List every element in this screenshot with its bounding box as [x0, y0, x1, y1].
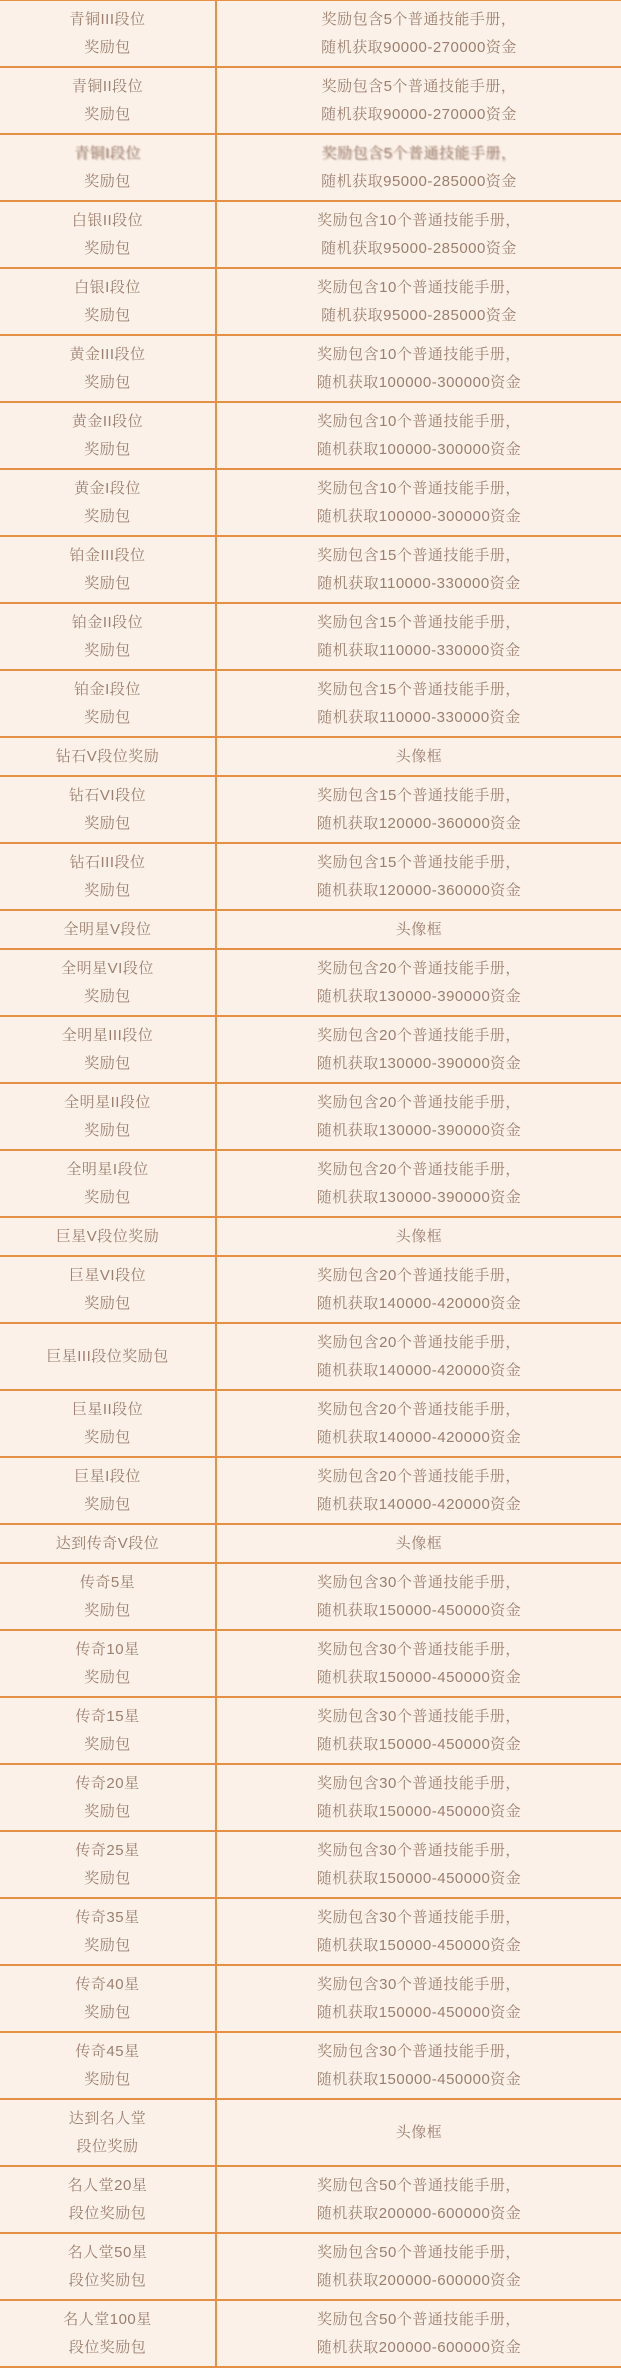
rank-label: 传奇20星 — [75, 1775, 139, 1792]
reward-text: 随机获取150000-450000资金 — [317, 1736, 522, 1753]
rank-label: 全明星III段位 — [62, 1027, 154, 1044]
rank-label: 奖励包 — [84, 1189, 131, 1206]
rank-cell: 钻石III段位奖励包 — [0, 844, 217, 909]
rank-label: 白银I段位 — [74, 279, 141, 296]
table-row: 钻石VI段位奖励包 奖励包含15个普通技能手册，随机获取120000-36000… — [0, 777, 621, 844]
reward-text: 奖励包含20个普通技能手册， — [317, 1267, 521, 1284]
reward-text: 随机获取100000-300000资金 — [317, 374, 522, 391]
reward-text: 随机获取140000-420000资金 — [317, 1362, 522, 1379]
rank-cell: 巨星III段位奖励包 — [0, 1324, 217, 1389]
reward-cell: 奖励包含10个普通技能手册，随机获取95000-285000资金 — [217, 269, 621, 334]
reward-text: 随机获取150000-450000资金 — [317, 2071, 522, 2088]
rank-label: 传奇40星 — [75, 1976, 139, 1993]
rank-label: 奖励包 — [84, 374, 131, 391]
table-row: 白银I段位奖励包 奖励包含10个普通技能手册，随机获取95000-285000资… — [0, 269, 621, 336]
rank-reward-table: 青铜III段位奖励包 奖励包含5个普通技能手册，随机获取90000-270000… — [0, 0, 621, 2368]
reward-text: 奖励包含15个普通技能手册， — [317, 787, 521, 804]
reward-text: 奖励包含15个普通技能手册， — [317, 614, 521, 631]
rank-label: 奖励包 — [84, 1295, 131, 1312]
reward-text: 头像框 — [396, 748, 443, 765]
reward-text: 头像框 — [396, 1535, 443, 1552]
reward-cell: 奖励包含15个普通技能手册，随机获取120000-360000资金 — [217, 777, 621, 842]
rank-cell: 全明星II段位奖励包 — [0, 1084, 217, 1149]
rank-label: 奖励包 — [84, 575, 131, 592]
table-row: 传奇40星奖励包 奖励包含30个普通技能手册，随机获取150000-450000… — [0, 1966, 621, 2033]
reward-text: 奖励包含10个普通技能手册， — [317, 480, 521, 497]
reward-cell: 头像框 — [217, 2100, 621, 2165]
table-row: 铂金II段位奖励包 奖励包含15个普通技能手册，随机获取110000-33000… — [0, 604, 621, 671]
reward-text: 奖励包含10个普通技能手册， — [317, 279, 521, 296]
reward-cell: 奖励包含30个普通技能手册，随机获取150000-450000资金 — [217, 1765, 621, 1830]
table-row: 全明星I段位奖励包 奖励包含20个普通技能手册，随机获取130000-39000… — [0, 1151, 621, 1218]
reward-text: 随机获取200000-600000资金 — [317, 2272, 522, 2289]
reward-cell: 奖励包含15个普通技能手册，随机获取110000-330000资金 — [217, 537, 621, 602]
reward-cell: 奖励包含5个普通技能手册，随机获取90000-270000资金 — [217, 68, 621, 133]
rank-label: 巨星II段位 — [72, 1401, 143, 1418]
reward-cell: 奖励包含50个普通技能手册，随机获取200000-600000资金 — [217, 2234, 621, 2299]
rank-cell: 传奇15星奖励包 — [0, 1698, 217, 1763]
table-row: 青铜III段位奖励包 奖励包含5个普通技能手册，随机获取90000-270000… — [0, 1, 621, 68]
rank-label: 名人堂50星 — [68, 2244, 148, 2261]
rank-cell: 传奇40星奖励包 — [0, 1966, 217, 2031]
table-row: 全明星II段位奖励包 奖励包含20个普通技能手册，随机获取130000-3900… — [0, 1084, 621, 1151]
reward-cell: 奖励包含30个普通技能手册，随机获取150000-450000资金 — [217, 1698, 621, 1763]
rank-label: 钻石III段位 — [69, 854, 145, 871]
rank-label: 青铜I段位 — [74, 145, 141, 162]
reward-text: 随机获取95000-285000资金 — [321, 307, 517, 324]
rank-label: 全明星I段位 — [66, 1161, 148, 1178]
reward-text: 随机获取200000-600000资金 — [317, 2205, 522, 2222]
reward-text: 奖励包含30个普通技能手册， — [317, 2043, 521, 2060]
rank-cell: 青铜III段位奖励包 — [0, 1, 217, 66]
reward-cell: 奖励包含20个普通技能手册，随机获取130000-390000资金 — [217, 1017, 621, 1082]
rank-cell: 巨星V段位奖励 — [0, 1218, 217, 1255]
rank-cell: 名人堂20星段位奖励包 — [0, 2167, 217, 2232]
rank-label: 奖励包 — [84, 1803, 131, 1820]
reward-text: 随机获取140000-420000资金 — [317, 1429, 522, 1446]
rank-cell: 钻石VI段位奖励包 — [0, 777, 217, 842]
rank-label: 段位奖励包 — [69, 2205, 147, 2222]
reward-cell: 头像框 — [217, 738, 621, 775]
rank-cell: 传奇10星奖励包 — [0, 1631, 217, 1696]
rank-label: 传奇45星 — [75, 2043, 139, 2060]
reward-text: 奖励包含20个普通技能手册， — [317, 1468, 521, 1485]
table-row: 铂金III段位奖励包 奖励包含15个普通技能手册，随机获取110000-3300… — [0, 537, 621, 604]
rank-label: 奖励包 — [84, 2071, 131, 2088]
reward-text: 随机获取130000-390000资金 — [317, 988, 522, 1005]
table-row: 黄金II段位奖励包 奖励包含10个普通技能手册，随机获取100000-30000… — [0, 403, 621, 470]
rank-cell: 巨星VI段位奖励包 — [0, 1257, 217, 1322]
reward-cell: 奖励包含10个普通技能手册，随机获取100000-300000资金 — [217, 336, 621, 401]
rank-label: 传奇35星 — [75, 1909, 139, 1926]
reward-text: 随机获取110000-330000资金 — [317, 642, 521, 659]
rank-label: 全明星II段位 — [64, 1094, 151, 1111]
reward-text: 随机获取150000-450000资金 — [317, 1870, 522, 1887]
rank-cell: 黄金III段位奖励包 — [0, 336, 217, 401]
reward-text: 奖励包含10个普通技能手册， — [317, 212, 521, 229]
rank-label: 钻石V段位奖励 — [56, 748, 160, 765]
rank-label: 奖励包 — [84, 642, 131, 659]
rank-label: 传奇15星 — [75, 1708, 139, 1725]
reward-text: 奖励包含15个普通技能手册， — [317, 547, 521, 564]
reward-cell: 奖励包含15个普通技能手册，随机获取110000-330000资金 — [217, 604, 621, 669]
reward-text: 奖励包含15个普通技能手册， — [317, 681, 521, 698]
rank-label: 巨星VI段位 — [69, 1267, 146, 1284]
rank-cell: 全明星V段位 — [0, 911, 217, 948]
reward-text: 奖励包含50个普通技能手册， — [317, 2244, 521, 2261]
rank-label: 巨星I段位 — [74, 1468, 141, 1485]
reward-text: 随机获取150000-450000资金 — [317, 1803, 522, 1820]
rank-label: 名人堂100星 — [63, 2311, 152, 2328]
table-row: 巨星VI段位奖励包 奖励包含20个普通技能手册，随机获取140000-42000… — [0, 1257, 621, 1324]
rank-cell: 巨星II段位奖励包 — [0, 1391, 217, 1456]
rank-label: 名人堂20星 — [68, 2177, 148, 2194]
rank-cell: 铂金III段位奖励包 — [0, 537, 217, 602]
reward-text: 奖励包含30个普通技能手册， — [317, 1641, 521, 1658]
reward-text: 奖励包含30个普通技能手册， — [317, 1708, 521, 1725]
reward-text: 奖励包含20个普通技能手册， — [317, 1401, 521, 1418]
reward-cell: 奖励包含10个普通技能手册，随机获取95000-285000资金 — [217, 202, 621, 267]
rank-cell: 传奇25星奖励包 — [0, 1832, 217, 1897]
rank-cell: 黄金II段位奖励包 — [0, 403, 217, 468]
reward-text: 随机获取150000-450000资金 — [317, 1937, 522, 1954]
reward-text: 随机获取95000-285000资金 — [321, 240, 517, 257]
table-row: 名人堂100星段位奖励包 奖励包含50个普通技能手册，随机获取200000-60… — [0, 2301, 621, 2368]
reward-text: 奖励包含5个普通技能手册， — [322, 11, 517, 28]
rank-cell: 名人堂50星段位奖励包 — [0, 2234, 217, 2299]
reward-text: 奖励包含20个普通技能手册， — [317, 1334, 521, 1351]
table-row: 青铜I段位奖励包 奖励包含5个普通技能手册，随机获取95000-285000资金 — [0, 135, 621, 202]
rank-cell: 青铜II段位奖励包 — [0, 68, 217, 133]
reward-text: 奖励包含10个普通技能手册， — [317, 413, 521, 430]
rank-label: 黄金III段位 — [69, 346, 145, 363]
table-row: 全明星V段位 头像框 — [0, 911, 621, 950]
rank-label: 传奇5星 — [80, 1574, 135, 1591]
table-row: 钻石V段位奖励 头像框 — [0, 738, 621, 777]
reward-text: 奖励包含20个普通技能手册， — [317, 960, 521, 977]
reward-text: 头像框 — [396, 921, 443, 938]
reward-cell: 奖励包含50个普通技能手册，随机获取200000-600000资金 — [217, 2167, 621, 2232]
rank-label: 奖励包 — [84, 1937, 131, 1954]
reward-text: 奖励包含5个普通技能手册， — [322, 145, 517, 162]
reward-text: 奖励包含30个普通技能手册， — [317, 1775, 521, 1792]
reward-text: 随机获取110000-330000资金 — [317, 709, 521, 726]
rank-label: 奖励包 — [84, 882, 131, 899]
reward-cell: 奖励包含15个普通技能手册，随机获取120000-360000资金 — [217, 844, 621, 909]
rank-label: 青铜III段位 — [69, 11, 145, 28]
rank-cell: 巨星I段位奖励包 — [0, 1458, 217, 1523]
reward-text: 奖励包含20个普通技能手册， — [317, 1094, 521, 1111]
table-row: 青铜II段位奖励包 奖励包含5个普通技能手册，随机获取90000-270000资… — [0, 68, 621, 135]
reward-text: 奖励包含30个普通技能手册， — [317, 1842, 521, 1859]
reward-text: 奖励包含30个普通技能手册， — [317, 1909, 521, 1926]
reward-cell: 奖励包含10个普通技能手册，随机获取100000-300000资金 — [217, 470, 621, 535]
reward-cell: 头像框 — [217, 911, 621, 948]
reward-text: 随机获取150000-450000资金 — [317, 2004, 522, 2021]
table-row: 名人堂20星段位奖励包 奖励包含50个普通技能手册，随机获取200000-600… — [0, 2167, 621, 2234]
reward-text: 随机获取120000-360000资金 — [317, 815, 522, 832]
table-row: 黄金III段位奖励包 奖励包含10个普通技能手册，随机获取100000-3000… — [0, 336, 621, 403]
table-row: 钻石III段位奖励包 奖励包含15个普通技能手册，随机获取120000-3600… — [0, 844, 621, 911]
reward-text: 奖励包含15个普通技能手册， — [317, 854, 521, 871]
rank-label: 奖励包 — [84, 1602, 131, 1619]
reward-text: 随机获取120000-360000资金 — [317, 882, 522, 899]
rank-label: 黄金I段位 — [74, 480, 141, 497]
table-row: 传奇10星奖励包 奖励包含30个普通技能手册，随机获取150000-450000… — [0, 1631, 621, 1698]
reward-text: 随机获取130000-390000资金 — [317, 1122, 522, 1139]
reward-text: 头像框 — [396, 2124, 443, 2141]
table-row: 全明星VI段位奖励包 奖励包含20个普通技能手册，随机获取130000-3900… — [0, 950, 621, 1017]
rank-label: 奖励包 — [84, 1669, 131, 1686]
reward-cell: 奖励包含5个普通技能手册，随机获取95000-285000资金 — [217, 135, 621, 200]
reward-text: 随机获取140000-420000资金 — [317, 1496, 522, 1513]
rank-label: 青铜II段位 — [72, 78, 143, 95]
rank-label: 段位奖励包 — [69, 2272, 147, 2289]
rank-cell: 名人堂100星段位奖励包 — [0, 2301, 217, 2366]
reward-cell: 奖励包含20个普通技能手册，随机获取140000-420000资金 — [217, 1391, 621, 1456]
reward-cell: 奖励包含30个普通技能手册，随机获取150000-450000资金 — [217, 1899, 621, 1964]
reward-cell: 奖励包含20个普通技能手册，随机获取130000-390000资金 — [217, 1084, 621, 1149]
rank-label: 达到名人堂 — [69, 2110, 147, 2127]
rank-cell: 传奇5星奖励包 — [0, 1564, 217, 1629]
rank-label: 铂金I段位 — [74, 681, 141, 698]
table-row: 传奇35星奖励包 奖励包含30个普通技能手册，随机获取150000-450000… — [0, 1899, 621, 1966]
table-row: 全明星III段位奖励包 奖励包含20个普通技能手册，随机获取130000-390… — [0, 1017, 621, 1084]
rank-cell: 青铜I段位奖励包 — [0, 135, 217, 200]
rank-label: 传奇25星 — [75, 1842, 139, 1859]
table-row: 传奇25星奖励包 奖励包含30个普通技能手册，随机获取150000-450000… — [0, 1832, 621, 1899]
reward-text: 随机获取150000-450000资金 — [317, 1669, 522, 1686]
reward-text: 随机获取110000-330000资金 — [317, 575, 521, 592]
rank-label: 奖励包 — [84, 39, 131, 56]
reward-text: 奖励包含50个普通技能手册， — [317, 2177, 521, 2194]
rank-label: 铂金II段位 — [72, 614, 143, 631]
rank-cell: 全明星III段位奖励包 — [0, 1017, 217, 1082]
reward-cell: 奖励包含10个普通技能手册，随机获取100000-300000资金 — [217, 403, 621, 468]
rank-label: 全明星VI段位 — [61, 960, 154, 977]
reward-text: 随机获取150000-450000资金 — [317, 1602, 522, 1619]
rank-label: 奖励包 — [84, 307, 131, 324]
reward-text: 奖励包含10个普通技能手册， — [317, 346, 521, 363]
reward-cell: 奖励包含30个普通技能手册，随机获取150000-450000资金 — [217, 1631, 621, 1696]
reward-cell: 头像框 — [217, 1218, 621, 1255]
rank-label: 奖励包 — [84, 1736, 131, 1753]
reward-cell: 头像框 — [217, 1525, 621, 1562]
table-row: 达到名人堂段位奖励 头像框 — [0, 2100, 621, 2167]
reward-cell: 奖励包含20个普通技能手册，随机获取140000-420000资金 — [217, 1257, 621, 1322]
reward-cell: 奖励包含20个普通技能手册，随机获取130000-390000资金 — [217, 950, 621, 1015]
reward-text: 头像框 — [396, 1228, 443, 1245]
rank-cell: 达到名人堂段位奖励 — [0, 2100, 217, 2165]
rank-cell: 达到传奇V段位 — [0, 1525, 217, 1562]
rank-cell: 白银II段位奖励包 — [0, 202, 217, 267]
reward-text: 随机获取90000-270000资金 — [321, 106, 517, 123]
rank-label: 奖励包 — [84, 1122, 131, 1139]
rank-cell: 钻石V段位奖励 — [0, 738, 217, 775]
rank-label: 奖励包 — [84, 709, 131, 726]
table-row: 巨星II段位奖励包 奖励包含20个普通技能手册，随机获取140000-42000… — [0, 1391, 621, 1458]
rank-label: 钻石VI段位 — [69, 787, 146, 804]
rank-cell: 白银I段位奖励包 — [0, 269, 217, 334]
table-row: 巨星V段位奖励 头像框 — [0, 1218, 621, 1257]
reward-text: 奖励包含20个普通技能手册， — [317, 1161, 521, 1178]
rank-label: 奖励包 — [84, 1055, 131, 1072]
rank-label: 奖励包 — [84, 240, 131, 257]
reward-cell: 奖励包含20个普通技能手册，随机获取140000-420000资金 — [217, 1324, 621, 1389]
reward-cell: 奖励包含50个普通技能手册，随机获取200000-600000资金 — [217, 2301, 621, 2366]
rank-label: 段位奖励包 — [69, 2339, 147, 2356]
rank-label: 奖励包 — [84, 106, 131, 123]
table-row: 传奇45星奖励包 奖励包含30个普通技能手册，随机获取150000-450000… — [0, 2033, 621, 2100]
reward-cell: 奖励包含30个普通技能手册，随机获取150000-450000资金 — [217, 1564, 621, 1629]
reward-text: 随机获取130000-390000资金 — [317, 1055, 522, 1072]
rank-label: 奖励包 — [84, 1496, 131, 1513]
reward-text: 随机获取90000-270000资金 — [321, 39, 517, 56]
reward-cell: 奖励包含20个普通技能手册，随机获取140000-420000资金 — [217, 1458, 621, 1523]
rank-label: 全明星V段位 — [63, 921, 151, 938]
rank-cell: 全明星VI段位奖励包 — [0, 950, 217, 1015]
rank-label: 奖励包 — [84, 815, 131, 832]
reward-text: 随机获取130000-390000资金 — [317, 1189, 522, 1206]
reward-text: 随机获取100000-300000资金 — [317, 441, 522, 458]
table-row: 黄金I段位奖励包 奖励包含10个普通技能手册，随机获取100000-300000… — [0, 470, 621, 537]
table-row: 名人堂50星段位奖励包 奖励包含50个普通技能手册，随机获取200000-600… — [0, 2234, 621, 2301]
rank-cell: 黄金I段位奖励包 — [0, 470, 217, 535]
reward-cell: 奖励包含15个普通技能手册，随机获取110000-330000资金 — [217, 671, 621, 736]
rank-cell: 传奇20星奖励包 — [0, 1765, 217, 1830]
reward-text: 随机获取140000-420000资金 — [317, 1295, 522, 1312]
rank-cell: 铂金II段位奖励包 — [0, 604, 217, 669]
reward-text: 奖励包含50个普通技能手册， — [317, 2311, 521, 2328]
rank-label: 奖励包 — [84, 2004, 131, 2021]
table-row: 巨星I段位奖励包 奖励包含20个普通技能手册，随机获取140000-420000… — [0, 1458, 621, 1525]
rank-label: 奖励包 — [84, 173, 131, 190]
rank-label: 奖励包 — [84, 441, 131, 458]
table-row: 传奇20星奖励包 奖励包含30个普通技能手册，随机获取150000-450000… — [0, 1765, 621, 1832]
table-row: 达到传奇V段位 头像框 — [0, 1525, 621, 1564]
reward-text: 随机获取95000-285000资金 — [321, 173, 517, 190]
reward-cell: 奖励包含30个普通技能手册，随机获取150000-450000资金 — [217, 1966, 621, 2031]
table-row: 铂金I段位奖励包 奖励包含15个普通技能手册，随机获取110000-330000… — [0, 671, 621, 738]
rank-label: 奖励包 — [84, 508, 131, 525]
rank-label: 段位奖励 — [76, 2138, 138, 2155]
reward-text: 奖励包含30个普通技能手册， — [317, 1574, 521, 1591]
reward-cell: 奖励包含5个普通技能手册，随机获取90000-270000资金 — [217, 1, 621, 66]
rank-label: 白银II段位 — [72, 212, 143, 229]
rank-label: 巨星V段位奖励 — [56, 1228, 160, 1245]
rank-cell: 传奇45星奖励包 — [0, 2033, 217, 2098]
table-row: 白银II段位奖励包 奖励包含10个普通技能手册，随机获取95000-285000… — [0, 202, 621, 269]
reward-text: 奖励包含20个普通技能手册， — [317, 1027, 521, 1044]
table-row: 传奇15星奖励包 奖励包含30个普通技能手册，随机获取150000-450000… — [0, 1698, 621, 1765]
reward-text: 随机获取200000-600000资金 — [317, 2339, 522, 2356]
rank-cell: 传奇35星奖励包 — [0, 1899, 217, 1964]
rank-label: 奖励包 — [84, 1429, 131, 1446]
rank-label: 传奇10星 — [75, 1641, 139, 1658]
reward-text: 奖励包含5个普通技能手册， — [322, 78, 517, 95]
rank-label: 黄金II段位 — [72, 413, 143, 430]
rank-cell: 铂金I段位奖励包 — [0, 671, 217, 736]
reward-cell: 奖励包含20个普通技能手册，随机获取130000-390000资金 — [217, 1151, 621, 1216]
rank-label: 巨星III段位奖励包 — [46, 1348, 169, 1365]
reward-cell: 奖励包含30个普通技能手册，随机获取150000-450000资金 — [217, 2033, 621, 2098]
reward-text: 随机获取100000-300000资金 — [317, 508, 522, 525]
reward-text: 奖励包含30个普通技能手册， — [317, 1976, 521, 1993]
rank-label: 铂金III段位 — [69, 547, 145, 564]
rank-label: 奖励包 — [84, 988, 131, 1005]
rank-cell: 全明星I段位奖励包 — [0, 1151, 217, 1216]
reward-cell: 奖励包含30个普通技能手册，随机获取150000-450000资金 — [217, 1832, 621, 1897]
rank-label: 达到传奇V段位 — [56, 1535, 160, 1552]
table-row: 传奇5星奖励包 奖励包含30个普通技能手册，随机获取150000-450000资… — [0, 1564, 621, 1631]
table-row: 巨星III段位奖励包 奖励包含20个普通技能手册，随机获取140000-4200… — [0, 1324, 621, 1391]
rank-label: 奖励包 — [84, 1870, 131, 1887]
